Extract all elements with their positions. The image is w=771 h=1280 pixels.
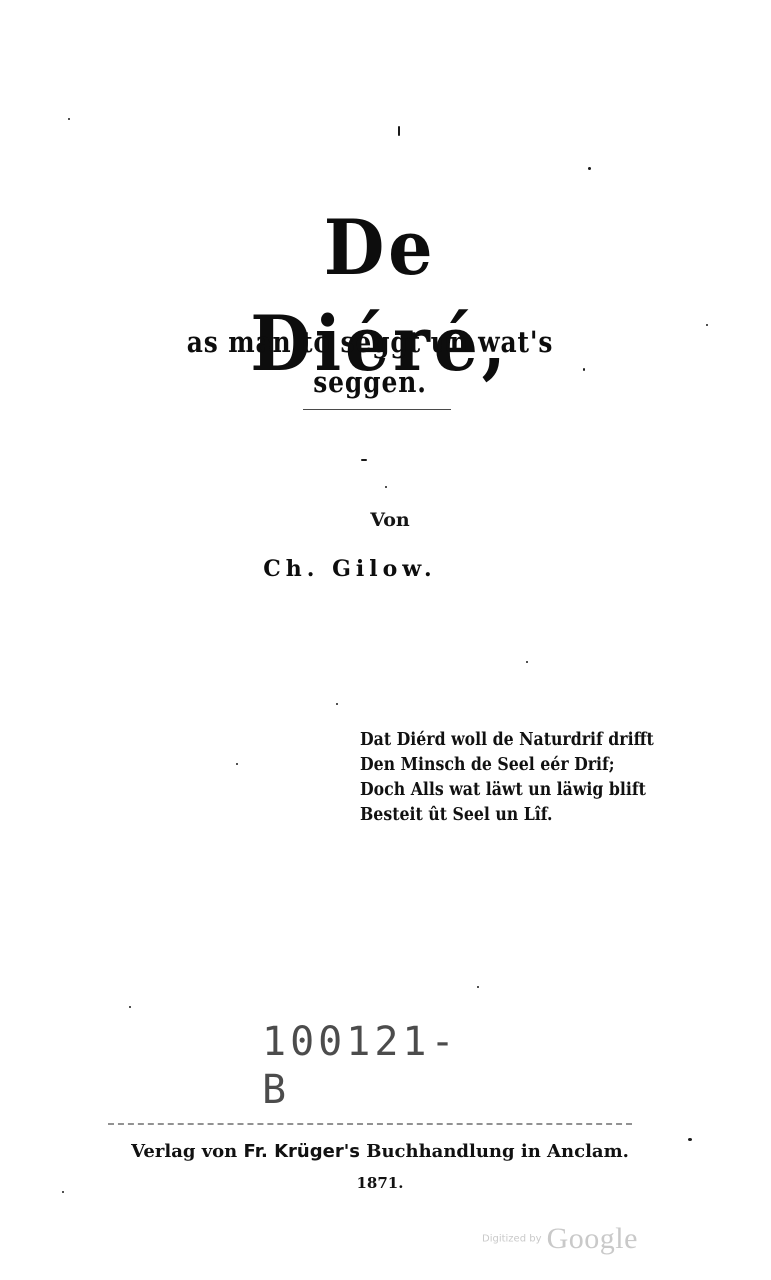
google-logo: Google bbox=[547, 1222, 638, 1255]
epigraph-line: Den Minsch de Seel eér Drif; bbox=[360, 753, 666, 778]
watermark-prefix: Digitized by bbox=[482, 1234, 542, 1245]
byline-prefix: Von bbox=[250, 507, 530, 533]
imprint-prefix: Verlag von bbox=[131, 1141, 237, 1162]
epigraph-line: Besteit ût Seel un Lîf. bbox=[360, 803, 666, 828]
scan-speck bbox=[68, 118, 70, 120]
scan-speck bbox=[361, 459, 367, 461]
scan-speck bbox=[526, 661, 528, 663]
digitized-watermark: Digitized by Google bbox=[482, 1222, 638, 1256]
imprint-rule bbox=[108, 1123, 632, 1125]
scan-speck bbox=[398, 126, 400, 136]
epigraph: Dat Diérd woll de Naturdrif drifft Den M… bbox=[360, 728, 700, 828]
publisher-imprint: Verlag von Fr. Krüger's Buchhandlung in … bbox=[100, 1139, 660, 1165]
scan-speck bbox=[236, 763, 238, 765]
decorative-rule bbox=[303, 409, 451, 410]
book-title-page: De Diéré, as man to seggt un wat's segge… bbox=[0, 0, 771, 1280]
scan-speck bbox=[583, 368, 585, 371]
epigraph-line: Dat Diérd woll de Naturdrif drifft bbox=[360, 728, 666, 753]
library-stamp: 100121-B bbox=[262, 1018, 462, 1114]
scan-speck bbox=[588, 167, 591, 170]
scan-speck bbox=[62, 1191, 64, 1193]
scan-speck bbox=[336, 703, 338, 705]
scan-speck bbox=[706, 324, 708, 326]
scan-speck bbox=[385, 486, 387, 488]
author-name: Ch. Gilow. bbox=[250, 554, 450, 584]
publication-year: 1871. bbox=[300, 1172, 460, 1194]
publisher-name: Fr. Krüger's bbox=[244, 1141, 360, 1162]
imprint-suffix: Buchhandlung in Anclam. bbox=[366, 1141, 629, 1162]
epigraph-line: Doch Alls wat läwt un läwig blift bbox=[360, 778, 666, 803]
scan-speck bbox=[477, 986, 479, 988]
scan-speck bbox=[688, 1138, 692, 1141]
book-subtitle: as man to seggt un wat's seggen. bbox=[172, 322, 568, 402]
scan-speck bbox=[129, 1006, 131, 1008]
